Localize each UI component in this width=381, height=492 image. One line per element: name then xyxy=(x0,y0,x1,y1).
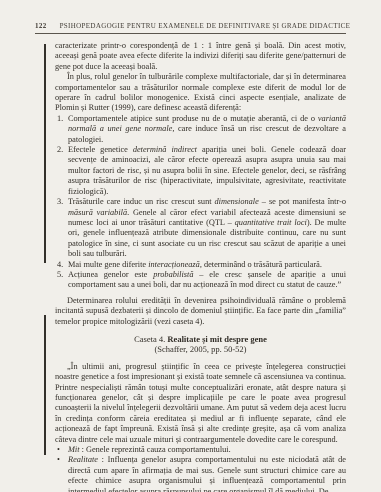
caseta-source: (Schaffer, 2005, pp. 50-52) xyxy=(55,344,346,354)
list-text: Acțiunea genelor este probabilistă – ele… xyxy=(68,270,346,291)
numbered-list: 1. Comportamentele atipice sunt produse … xyxy=(55,114,346,291)
list-text: Mai multe gene diferite interacționează,… xyxy=(68,260,346,270)
paragraph-continuation: caracterizate printr-o corespondență de … xyxy=(55,41,346,72)
bullet-text: Realitate : Influența genelor asupra com… xyxy=(68,455,346,492)
list-number: 3. xyxy=(57,197,68,259)
list-number: 4. xyxy=(57,260,68,270)
list-item: 2. Efectele genetice determină indirect … xyxy=(57,145,346,197)
caseta-heading: Caseta 4. Realitate și mit despre gene xyxy=(55,334,346,344)
book-page: 122PSIHOPEDAGOGIE PENTRU EXAMENELE DE DE… xyxy=(0,0,381,492)
paragraph-intro: În plus, rolul genelor în tulburările co… xyxy=(55,72,346,114)
list-text: Comportamentele atipice sunt produse nu … xyxy=(68,114,346,145)
caseta-label: Caseta 4. xyxy=(134,334,167,344)
page-header: 122PSIHOPEDAGOGIE PENTRU EXAMENELE DE DE… xyxy=(35,22,346,34)
list-text: Trăsăturile care induc un risc crescut s… xyxy=(68,197,346,259)
list-number: 1. xyxy=(57,114,68,145)
page-body: caracterizate printr-o corespondență de … xyxy=(55,41,346,492)
bullet-item-realitate: • Realitate : Influența genelor asupra c… xyxy=(55,455,346,492)
list-text: Efectele genetice determină indirect apa… xyxy=(68,145,346,197)
list-number: 5. xyxy=(57,270,68,291)
margin-change-bar-top xyxy=(44,44,46,263)
margin-change-bar-caseta xyxy=(44,315,46,455)
list-item: 4. Mai multe gene diferite interacționea… xyxy=(57,260,346,270)
page-number: 122 xyxy=(35,22,47,30)
caseta-title-text: Realitate și mit despre gene xyxy=(167,334,266,344)
list-item: 1. Comportamentele atipice sunt produse … xyxy=(57,114,346,145)
paragraph-determinarea: Determinarea rolului eredității în deven… xyxy=(55,296,346,327)
list-item: 5. Acțiunea genelor este probabilistă – … xyxy=(57,270,346,291)
running-title: PSIHOPEDAGOGIE PENTRU EXAMENELE DE DEFIN… xyxy=(60,22,351,30)
bullet-icon: • xyxy=(57,445,68,455)
list-item: 3. Trăsăturile care induc un risc crescu… xyxy=(57,197,346,259)
bullet-icon: • xyxy=(57,455,68,492)
caseta-paragraph: „În ultimii ani, progresul științific în… xyxy=(55,362,346,445)
list-number: 2. xyxy=(57,145,68,197)
bullet-item-mit: • Mit : Genele reprezintă cauza comporta… xyxy=(55,445,346,455)
bullet-text: Mit : Genele reprezintă cauza comportame… xyxy=(68,445,346,455)
